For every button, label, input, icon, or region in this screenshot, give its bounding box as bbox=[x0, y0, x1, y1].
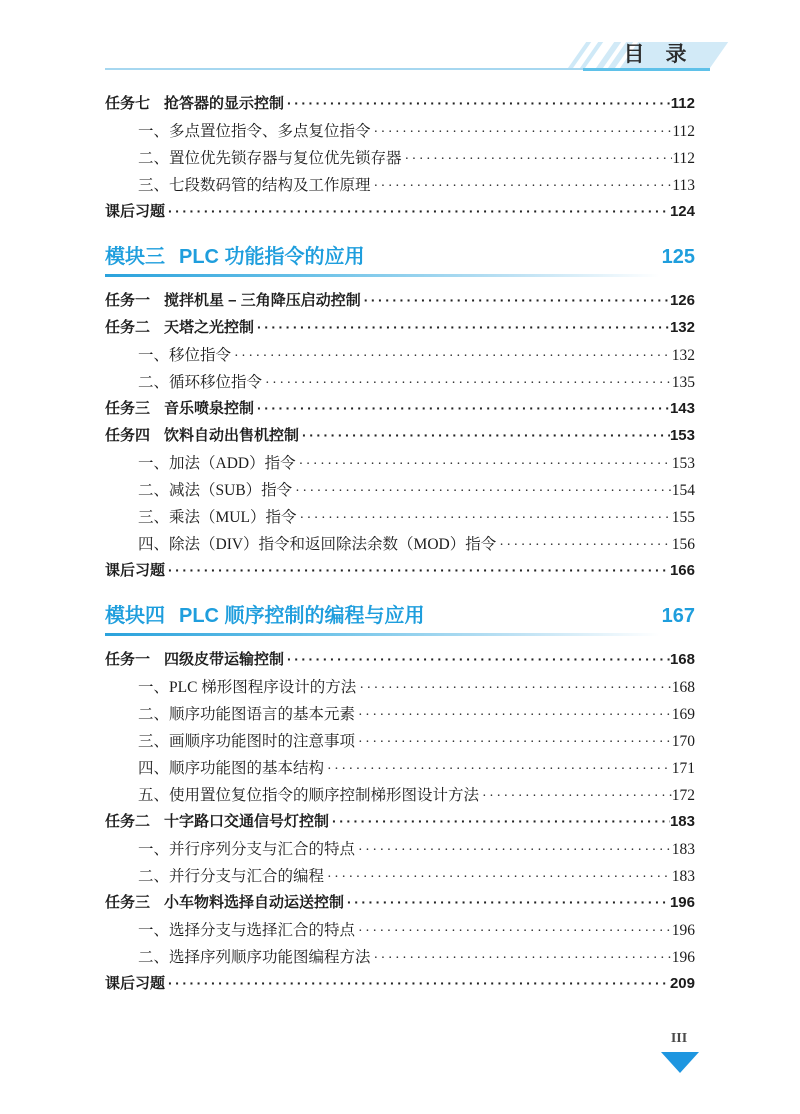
entry-title: 一、PLC 梯形图程序设计的方法 bbox=[138, 675, 356, 697]
dot-leader: ········································… bbox=[296, 511, 671, 527]
entry-title: 四级皮带运输控制 bbox=[164, 648, 284, 669]
entry-title: 三、画顺序功能图时的注意事项 bbox=[138, 729, 355, 751]
dot-leader: ········································… bbox=[371, 125, 673, 141]
entry-title: 一、多点置位指令、多点复位指令 bbox=[138, 119, 371, 141]
page-number: 196 bbox=[670, 894, 695, 911]
dot-leader: ········································… bbox=[361, 292, 670, 308]
entry-title: 小车物料选择自动运送控制 bbox=[164, 891, 344, 912]
entry-title: 搅拌机星 – 三角降压启动控制 bbox=[164, 289, 361, 310]
dot-leader: ········································… bbox=[329, 813, 670, 829]
exercise-entry: 课后习题····································… bbox=[105, 972, 695, 999]
dot-leader: ········································… bbox=[324, 762, 672, 778]
entry-title: 二、置位优先锁存器与复位优先锁存器 bbox=[138, 146, 402, 168]
module-title: PLC 顺序控制的编程与应用 bbox=[179, 604, 425, 628]
entry-title: 天塔之光控制 bbox=[164, 316, 254, 337]
page-number: 143 bbox=[670, 400, 695, 417]
dot-leader: ········································… bbox=[165, 562, 670, 578]
entry-title: 一、加法（ADD）指令 bbox=[138, 451, 296, 473]
entry-title: 三、乘法（MUL）指令 bbox=[138, 505, 296, 527]
page-number: 169 bbox=[672, 706, 695, 724]
entry-title: 一、移位指令 bbox=[138, 343, 231, 365]
dot-leader: ········································… bbox=[402, 152, 673, 168]
toc-sub-entry: 四、顺序功能图的基本结构····························… bbox=[105, 756, 695, 783]
toc-sub-entry: 二、置位优先锁存器与复位优先锁存器·······················… bbox=[105, 146, 695, 173]
entry-title: 五、使用置位复位指令的顺序控制梯形图设计方法 bbox=[138, 783, 479, 805]
dot-leader: ········································… bbox=[479, 789, 672, 805]
module-number: 模块三 bbox=[105, 245, 165, 269]
page-number: 112 bbox=[672, 150, 695, 168]
toc-entry: 任务三音乐喷泉控制·······························… bbox=[105, 397, 695, 424]
toc-sub-entry: 一、并行序列分支与汇合的特点··························… bbox=[105, 837, 695, 864]
dot-leader: ········································… bbox=[371, 179, 673, 195]
module-underline bbox=[105, 633, 695, 636]
page-number: 168 bbox=[670, 651, 695, 668]
entry-number: 任务一 bbox=[105, 648, 150, 669]
page-number: 196 bbox=[672, 949, 695, 967]
entry-number: 任务三 bbox=[105, 397, 150, 418]
module-page-number: 125 bbox=[662, 245, 695, 269]
entry-title: 四、除法（DIV）指令和返回除法余数（MOD）指令 bbox=[138, 532, 496, 554]
entry-title: 三、七段数码管的结构及工作原理 bbox=[138, 173, 371, 195]
toc-sub-entry: 一、选择分支与选择汇合的特点··························… bbox=[105, 918, 695, 945]
exercise-entry: 课后习题····································… bbox=[105, 559, 695, 586]
page-number: 166 bbox=[670, 562, 695, 579]
module-number: 模块四 bbox=[105, 604, 165, 628]
exercise-entry: 课后习题····································… bbox=[105, 200, 695, 227]
entry-title: 课后习题 bbox=[105, 200, 165, 221]
dot-leader: ········································… bbox=[371, 951, 672, 967]
toc-sub-entry: 一、PLC 梯形图程序设计的方法························… bbox=[105, 675, 695, 702]
toc-sub-entry: 二、并行分支与汇合的编程····························… bbox=[105, 864, 695, 891]
dot-leader: ········································… bbox=[165, 975, 670, 991]
page-number: 112 bbox=[671, 95, 695, 112]
module-page-number: 167 bbox=[662, 604, 695, 628]
entry-number: 任务四 bbox=[105, 424, 150, 445]
page-title: 目 录 bbox=[600, 42, 710, 68]
entry-title: 四、顺序功能图的基本结构 bbox=[138, 756, 324, 778]
page-number: 113 bbox=[672, 177, 695, 195]
toc-sub-entry: 三、画顺序功能图时的注意事项··························… bbox=[105, 729, 695, 756]
toc-entry: 任务二十字路口交通信号灯控制··························… bbox=[105, 810, 695, 837]
page-number: 135 bbox=[672, 374, 695, 392]
dot-leader: ········································… bbox=[254, 400, 670, 416]
dot-leader: ········································… bbox=[324, 870, 672, 886]
page-number: 153 bbox=[672, 455, 695, 473]
page-number: 183 bbox=[672, 868, 695, 886]
entry-number: 任务二 bbox=[105, 316, 150, 337]
dot-leader: ········································… bbox=[165, 203, 670, 219]
toc-entry: 任务七抢答器的显示控制·····························… bbox=[105, 92, 695, 119]
toc-sub-entry: 二、循环移位指令································… bbox=[105, 370, 695, 397]
module-heading: 模块四PLC 顺序控制的编程与应用167 bbox=[105, 604, 695, 636]
entry-title: 饮料自动出售机控制 bbox=[164, 424, 299, 445]
dot-leader: ········································… bbox=[299, 427, 670, 443]
entry-title: 二、循环移位指令 bbox=[138, 370, 262, 392]
page-number: 172 bbox=[672, 787, 695, 805]
dot-leader: ········································… bbox=[262, 376, 672, 392]
entry-title: 课后习题 bbox=[105, 972, 165, 993]
page-number: 155 bbox=[672, 509, 695, 527]
toc-sub-entry: 三、七段数码管的结构及工作原理·························… bbox=[105, 173, 695, 200]
toc-sub-entry: 二、顺序功能图语言的基本元素··························… bbox=[105, 702, 695, 729]
entry-number: 任务一 bbox=[105, 289, 150, 310]
dot-leader: ········································… bbox=[296, 457, 672, 473]
page-number: 209 bbox=[670, 975, 695, 992]
toc-sub-entry: 二、减法（SUB）指令·····························… bbox=[105, 478, 695, 505]
page-number: 124 bbox=[670, 203, 695, 220]
footer-page-number: III bbox=[658, 1031, 700, 1047]
toc-sub-entry: 四、除法（DIV）指令和返回除法余数（MOD）指令···············… bbox=[105, 532, 695, 559]
toc-entry: 任务二天塔之光控制·······························… bbox=[105, 316, 695, 343]
entry-number: 任务三 bbox=[105, 891, 150, 912]
toc-entry: 任务四饮料自动出售机控制····························… bbox=[105, 424, 695, 451]
page-number: 153 bbox=[670, 427, 695, 444]
toc-sub-entry: 五、使用置位复位指令的顺序控制梯形图设计方法··················… bbox=[105, 783, 695, 810]
page-number: 156 bbox=[672, 536, 695, 554]
toc-entry: 任务三小车物料选择自动运送控制·························… bbox=[105, 891, 695, 918]
dot-leader: ········································… bbox=[355, 924, 672, 940]
dot-leader: ········································… bbox=[496, 538, 672, 554]
entry-title: 抢答器的显示控制 bbox=[164, 92, 284, 113]
module-underline bbox=[105, 274, 695, 277]
page-header: 目 录 bbox=[0, 0, 800, 80]
toc-sub-entry: 一、移位指令··································… bbox=[105, 343, 695, 370]
toc-list: 任务七抢答器的显示控制·····························… bbox=[105, 92, 695, 999]
page-number: 154 bbox=[672, 482, 695, 500]
entry-title: 音乐喷泉控制 bbox=[164, 397, 254, 418]
toc-sub-entry: 二、选择序列顺序功能图编程方法·························… bbox=[105, 945, 695, 972]
dot-leader: ········································… bbox=[292, 484, 672, 500]
toc-sub-entry: 三、乘法（MUL）指令·····························… bbox=[105, 505, 695, 532]
dot-leader: ········································… bbox=[355, 735, 672, 751]
dot-leader: ········································… bbox=[355, 843, 672, 859]
module-heading: 模块三PLC 功能指令的应用125 bbox=[105, 245, 695, 277]
page-number: 183 bbox=[672, 841, 695, 859]
entry-title: 二、减法（SUB）指令 bbox=[138, 478, 292, 500]
module-title: PLC 功能指令的应用 bbox=[179, 245, 365, 269]
page-number: 196 bbox=[672, 922, 695, 940]
page-number: 183 bbox=[670, 813, 695, 830]
entry-title: 十字路口交通信号灯控制 bbox=[164, 810, 329, 831]
banner-underline bbox=[583, 68, 710, 71]
page-number: 132 bbox=[670, 319, 695, 336]
toc-sub-entry: 一、多点置位指令、多点复位指令·························… bbox=[105, 119, 695, 146]
dot-leader: ········································… bbox=[231, 349, 672, 365]
page-number: 126 bbox=[670, 292, 695, 309]
page-number: 132 bbox=[672, 347, 695, 365]
entry-title: 二、选择序列顺序功能图编程方法 bbox=[138, 945, 371, 967]
dot-leader: ········································… bbox=[355, 708, 672, 724]
page-number: 168 bbox=[672, 679, 695, 697]
entry-title: 二、顺序功能图语言的基本元素 bbox=[138, 702, 355, 724]
entry-title: 二、并行分支与汇合的编程 bbox=[138, 864, 324, 886]
entry-title: 一、并行序列分支与汇合的特点 bbox=[138, 837, 355, 859]
page-number: 112 bbox=[672, 123, 695, 141]
header-rule bbox=[105, 68, 593, 70]
down-arrow-icon bbox=[661, 1052, 699, 1073]
entry-number: 任务二 bbox=[105, 810, 150, 831]
entry-title: 一、选择分支与选择汇合的特点 bbox=[138, 918, 355, 940]
page-number: 171 bbox=[672, 760, 695, 778]
entry-title: 课后习题 bbox=[105, 559, 165, 580]
page-number: 170 bbox=[672, 733, 695, 751]
dot-leader: ········································… bbox=[344, 894, 670, 910]
toc-entry: 任务一搅拌机星 – 三角降压启动控制······················… bbox=[105, 289, 695, 316]
toc-entry: 任务一四级皮带运输控制·····························… bbox=[105, 648, 695, 675]
dot-leader: ········································… bbox=[284, 95, 671, 111]
dot-leader: ········································… bbox=[284, 651, 670, 667]
toc-sub-entry: 一、加法（ADD）指令·····························… bbox=[105, 451, 695, 478]
dot-leader: ········································… bbox=[254, 319, 670, 335]
dot-leader: ········································… bbox=[356, 681, 671, 697]
entry-number: 任务七 bbox=[105, 92, 150, 113]
